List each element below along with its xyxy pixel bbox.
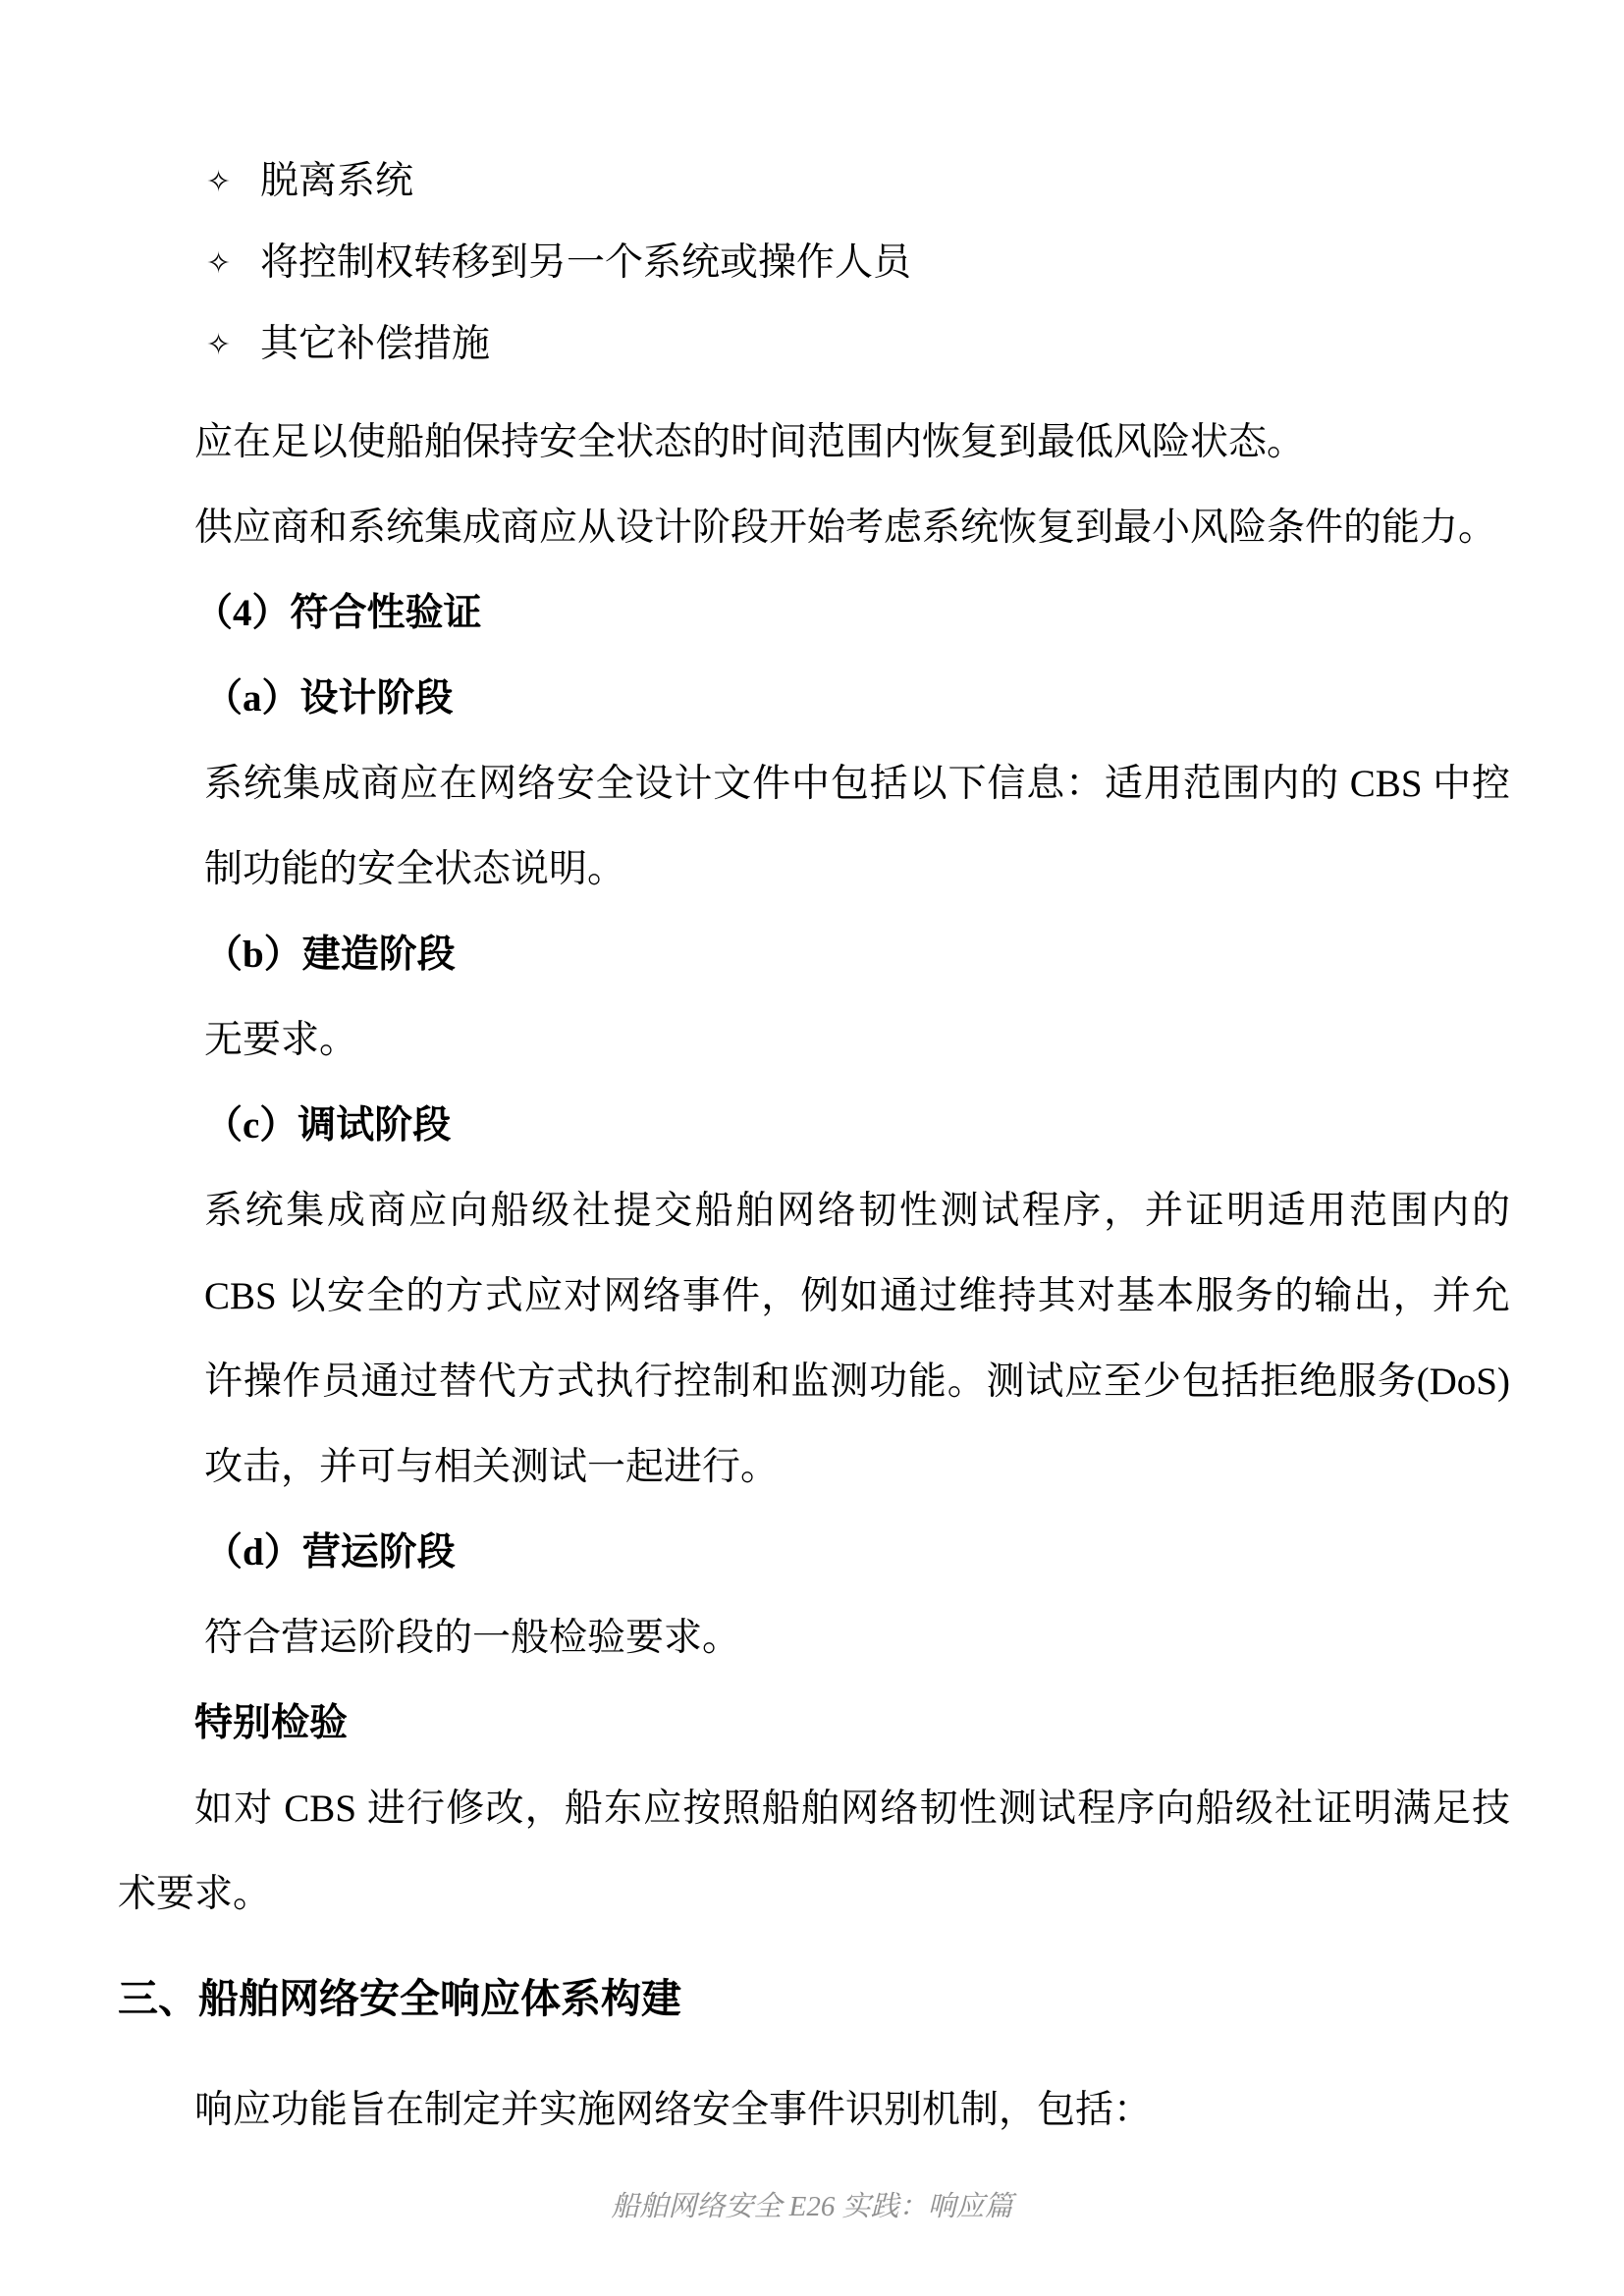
bullet-item: ✧将控制权转移到另一个系统或操作人员 (206, 224, 1510, 305)
paragraph: 如对 CBS 进行修改，船东应按照船舶网络韧性测试程序向船级社证明满足技术要求。 (118, 1766, 1510, 1937)
page-footer: 船舶网络安全 E26 实践：响应篇 (0, 2182, 1624, 2231)
paragraph: 应在足以使船舶保持安全状态的时间范围内恢复到最低风险状态。 (118, 400, 1510, 485)
subsection-heading-c: （c）调试阶段 (204, 1083, 1510, 1168)
diamond-bullet-icon: ✧ (206, 306, 260, 385)
subsection-heading-d: （d）营运阶段 (204, 1510, 1510, 1595)
bullet-item-text: 脱离系统 (260, 160, 413, 202)
paragraph: 符合营运阶段的一般检验要求。 (204, 1595, 1510, 1681)
document-page: ✧脱离系统 ✧将控制权转移到另一个系统或操作人员 ✧其它补偿措施 应在足以使船舶… (0, 0, 1624, 2296)
paragraph: 响应功能旨在制定并实施网络安全事件识别机制，包括： (118, 2067, 1510, 2153)
subsection-heading-a: （a）设计阶段 (204, 656, 1510, 741)
chapter-heading: 三、船舶网络安全响应体系构建 (118, 1956, 1510, 2042)
subsection-heading-b: （b）建造阶段 (204, 912, 1510, 997)
diamond-bullet-icon: ✧ (206, 143, 260, 222)
paragraph: 无要求。 (204, 997, 1510, 1083)
paragraph: 供应商和系统集成商应从设计阶段开始考虑系统恢复到最小风险条件的能力。 (118, 485, 1510, 570)
paragraph: 系统集成商应向船级社提交船舶网络韧性测试程序，并证明适用范围内的 CBS 以安全… (204, 1168, 1510, 1510)
bullet-item-text: 其它补偿措施 (260, 323, 490, 365)
special-survey-heading: 特别检验 (118, 1681, 1510, 1766)
bullet-item: ✧脱离系统 (206, 142, 1510, 224)
diamond-bullet-icon: ✧ (206, 225, 260, 303)
section-heading-4: （4）符合性验证 (118, 570, 1510, 656)
paragraph: 系统集成商应在网络安全设计文件中包括以下信息：适用范围内的 CBS 中控制功能的… (204, 741, 1510, 912)
bullet-item: ✧其它补偿措施 (206, 305, 1510, 387)
bullet-item-text: 将控制权转移到另一个系统或操作人员 (260, 241, 911, 284)
